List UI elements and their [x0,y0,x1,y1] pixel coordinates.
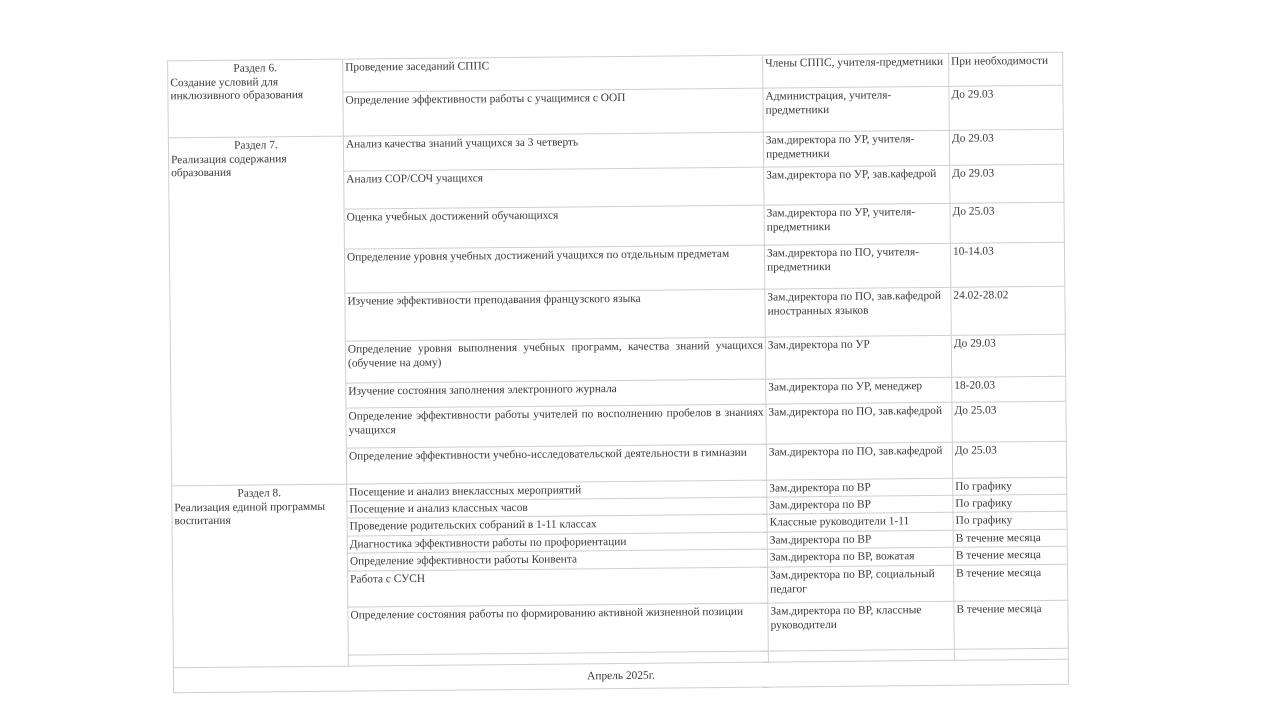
activity-cell: Анализ качества знаний учащихся за 3 чет… [343,132,763,171]
responsible-cell: Зам.директора по ПО, учителя-предметники [764,243,950,289]
section-number: Раздел 7. [171,139,341,154]
deadline-cell: 10-14.03 [950,242,1064,287]
activity-cell: Оценка учебных достижений обучающихся [344,205,764,249]
responsible-cell: Зам.директора по ВР, вожатая [767,547,953,567]
responsible-cell: Зам.директора по ВР [767,478,953,497]
deadline-cell: В течение месяца [953,529,1067,547]
activity-cell: Анализ СОР/СОЧ учащихся [344,167,764,209]
activity-cell: Определение эффективности работы с учащи… [343,88,763,136]
responsible-cell: Зам.директора по ВР, классные руководите… [768,601,954,651]
activity-cell: Определение уровня учебных достижений уч… [344,245,764,293]
responsible-cell: Зам.директора по УР, зав.кафедрой [764,165,950,205]
deadline-cell: По графику [953,511,1067,530]
section-title: Создание условий для инклюзивного образо… [170,76,303,103]
activity-cell: Определение уровня выполнения учебных пр… [345,337,765,383]
section-7-cell: Раздел 7. Реализация содержания образова… [168,136,346,486]
responsible-cell: Зам.директора по ПО, зав.кафедрой [766,402,952,444]
section-number: Раздел 6. [170,62,340,77]
responsible-cell: Зам.директора по УР, менеджер [766,377,952,404]
activity-cell: Определение эффективности работы учителе… [346,404,766,448]
deadline-cell: До 29.03 [950,164,1064,203]
deadline-cell: До 25.03 [950,202,1064,243]
deadline-cell: 18-20.03 [952,376,1066,402]
deadline-cell: В течение месяца [953,564,1067,601]
deadline-cell: При необходимости [949,52,1063,86]
responsible-cell: Зам.директора по УР, учителя-предметники [764,203,950,245]
deadline-cell: До 29.03 [951,334,1065,377]
activity-cell: Изучение эффективности преподавания фран… [345,289,765,341]
responsible-cell: Зам.директора по УР, учителя-предметники [763,130,949,167]
scanned-page: Раздел 6. Создание условий для инклюзивн… [0,0,1280,720]
activity-cell: Работа с СУСН [348,567,768,607]
responsible-cell: Зам.директора по ПО, зав.кафедрой иностр… [765,287,951,337]
responsible-cell: Классные руководители 1-11 [767,512,953,532]
responsible-cell: Члены СППС, учителя-предметники [763,53,949,88]
section-8-cell: Раздел 8. Реализация единой программы во… [172,484,349,668]
deadline-cell: В течение месяца [953,546,1067,565]
deadline-cell: В течение месяца [954,600,1068,649]
responsible-cell: Зам.директора по ВР [767,495,953,514]
responsible-cell: Администрация, учителя-предметники [763,86,949,132]
responsible-cell: Зам.директора по ВР, социальный педагог [767,565,953,603]
responsible-cell: Зам.директора по ВР [767,530,953,549]
activity-cell: Определение эффективности учебно-исследо… [346,444,766,484]
deadline-cell: По графику [953,477,1067,495]
deadline-cell: До 29.03 [949,85,1063,130]
activity-cell: Проведение заседаний СППС [343,55,763,92]
section-title: Реализация содержания образования [171,153,287,180]
deadline-cell: По графику [953,494,1067,512]
section-6-cell: Раздел 6. Создание условий для инклюзивн… [168,59,344,138]
deadline-cell: 24.02-28.02 [951,286,1065,335]
responsible-cell: Зам.директора по ПО, зав.кафедрой [766,442,952,480]
deadline-cell: До 29.03 [949,129,1063,165]
deadline-cell: До 25.03 [952,441,1066,478]
activity-cell: Определение состояния работы по формиров… [348,603,768,655]
section-title: Реализация единой программы воспитания [174,500,325,527]
plan-table: Раздел 6. Создание условий для инклюзивн… [167,52,1069,694]
responsible-cell: Зам.директора по УР [765,335,951,379]
deadline-cell: До 25.03 [952,401,1066,442]
